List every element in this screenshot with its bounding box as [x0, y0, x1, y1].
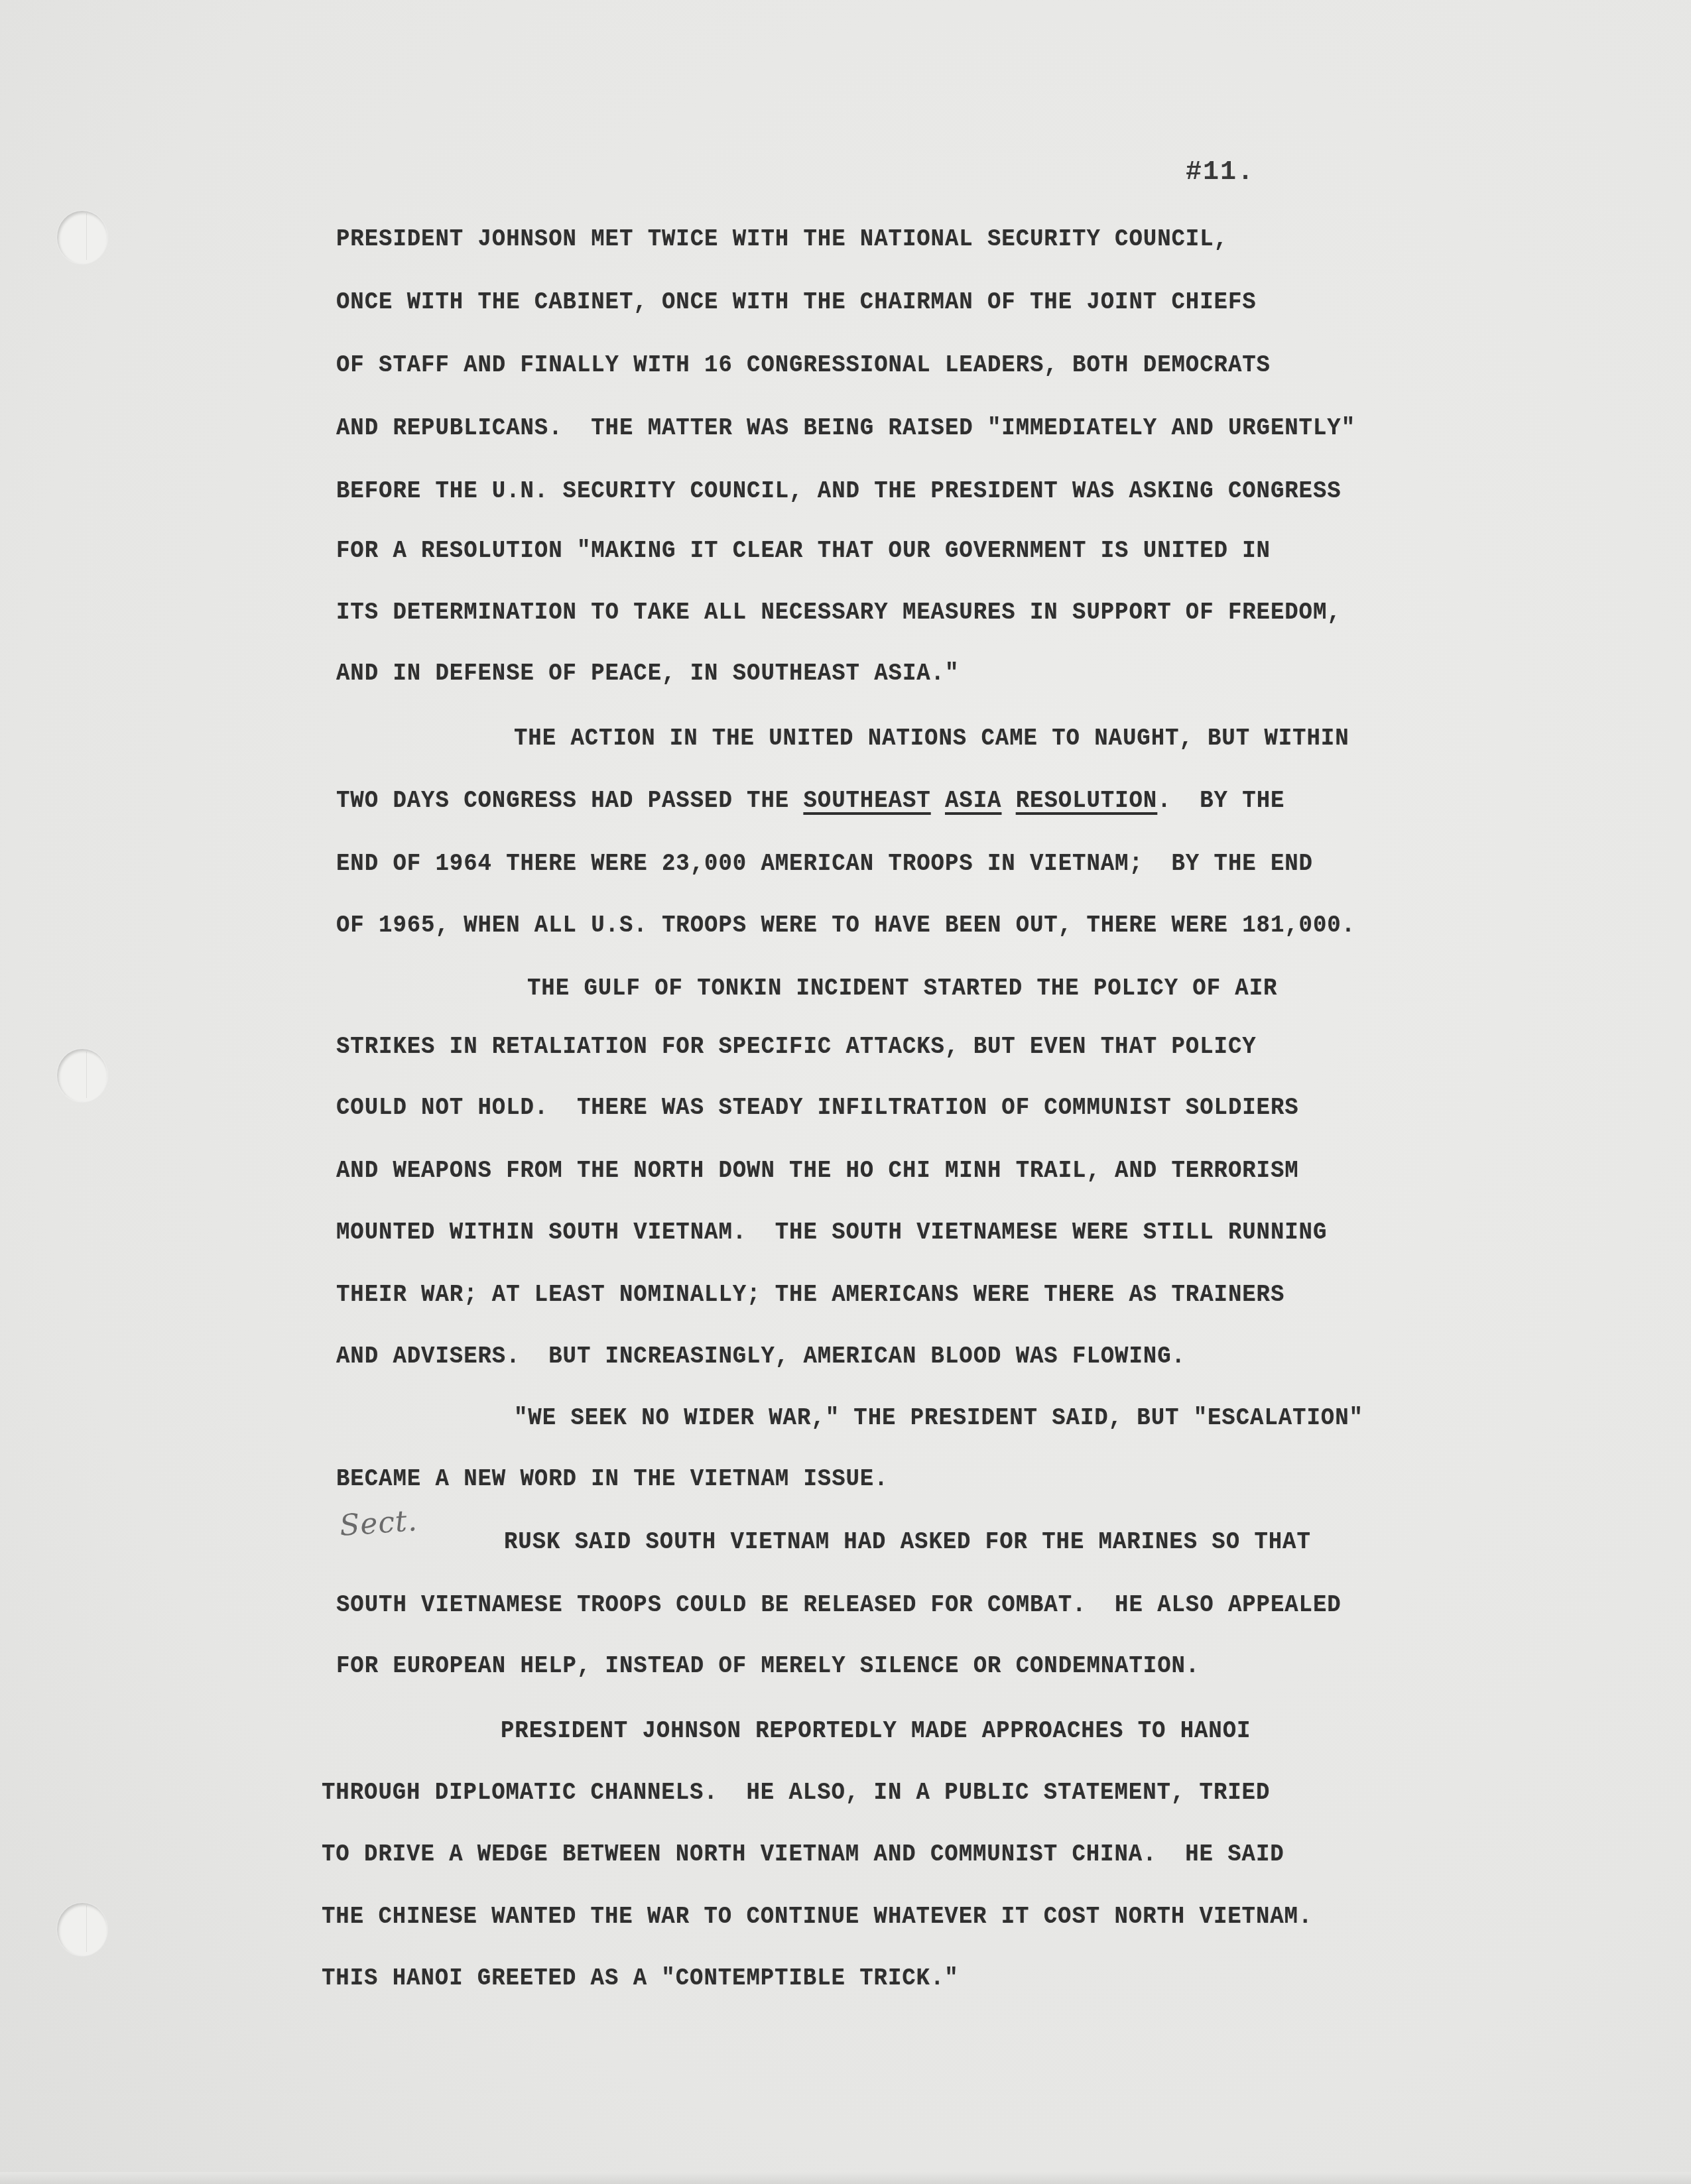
underlined-word: ASIA	[945, 787, 1001, 815]
page-bottom-edge	[0, 2172, 1691, 2184]
text-line: THEIR WAR; AT LEAST NOMINALLY; THE AMERI…	[336, 1281, 1284, 1309]
text-line: THE ACTION IN THE UNITED NATIONS CAME TO…	[514, 725, 1349, 753]
text-line: FOR EUROPEAN HELP, INSTEAD OF MERELY SIL…	[336, 1652, 1200, 1680]
text-line: END OF 1964 THERE WERE 23,000 AMERICAN T…	[336, 850, 1313, 878]
text-line: COULD NOT HOLD. THERE WAS STEADY INFILTR…	[336, 1094, 1299, 1122]
punch-hole-middle	[57, 1049, 107, 1102]
text-line: "WE SEEK NO WIDER WAR," THE PRESIDENT SA…	[514, 1404, 1363, 1432]
text-line: MOUNTED WITHIN SOUTH VIETNAM. THE SOUTH …	[336, 1219, 1327, 1246]
text-line: BECAME A NEW WORD IN THE VIETNAM ISSUE.	[336, 1465, 889, 1493]
text-line: FOR A RESOLUTION "MAKING IT CLEAR THAT O…	[336, 537, 1271, 565]
text-line: TO DRIVE A WEDGE BETWEEN NORTH VIETNAM A…	[322, 1841, 1284, 1868]
text-segment: TWO DAYS CONGRESS HAD PASSED THE	[336, 787, 803, 815]
punch-hole-bottom	[57, 1903, 107, 1956]
text-line: THE GULF OF TONKIN INCIDENT STARTED THE …	[527, 975, 1277, 1002]
handwritten-annotation: Sect.	[338, 1504, 418, 1543]
text-line: OF 1965, WHEN ALL U.S. TROOPS WERE TO HA…	[336, 912, 1355, 940]
underlined-word: RESOLUTION	[1016, 787, 1157, 815]
text-line: OF STAFF AND FINALLY WITH 16 CONGRESSION…	[336, 351, 1271, 379]
text-line: THIS HANOI GREETED AS A "CONTEMPTIBLE TR…	[322, 1965, 959, 1992]
text-line: BEFORE THE U.N. SECURITY COUNCIL, AND TH…	[336, 477, 1342, 505]
text-line: THE CHINESE WANTED THE WAR TO CONTINUE W…	[322, 1903, 1312, 1931]
text-line: AND IN DEFENSE OF PEACE, IN SOUTHEAST AS…	[336, 660, 959, 688]
text-line: AND WEAPONS FROM THE NORTH DOWN THE HO C…	[336, 1157, 1299, 1185]
text-line: SOUTH VIETNAMESE TROOPS COULD BE RELEASE…	[336, 1591, 1342, 1619]
text-line-with-underlined-title: TWO DAYS CONGRESS HAD PASSED THE SOUTHEA…	[336, 787, 1284, 815]
underlined-word: SOUTHEAST	[803, 787, 930, 815]
text-segment: . BY THE	[1157, 787, 1284, 815]
page-number: #11.	[1186, 158, 1255, 188]
text-line: AND ADVISERS. BUT INCREASINGLY, AMERICAN…	[336, 1343, 1186, 1370]
typewritten-page: #11. PRESIDENT JOHNSON MET TWICE WITH TH…	[0, 0, 1691, 2184]
text-line: STRIKES IN RETALIATION FOR SPECIFIC ATTA…	[336, 1033, 1257, 1061]
text-line: RUSK SAID SOUTH VIETNAM HAD ASKED FOR TH…	[504, 1528, 1311, 1556]
text-line: PRESIDENT JOHNSON REPORTEDLY MADE APPROA…	[501, 1717, 1251, 1745]
text-line: PRESIDENT JOHNSON MET TWICE WITH THE NAT…	[336, 225, 1228, 253]
text-line: ONCE WITH THE CABINET, ONCE WITH THE CHA…	[336, 288, 1257, 316]
text-line: ITS DETERMINATION TO TAKE ALL NECESSARY …	[336, 599, 1342, 627]
text-line: THROUGH DIPLOMATIC CHANNELS. HE ALSO, IN…	[322, 1779, 1270, 1807]
punch-hole-top	[57, 211, 107, 264]
text-line: AND REPUBLICANS. THE MATTER WAS BEING RA…	[336, 414, 1355, 442]
